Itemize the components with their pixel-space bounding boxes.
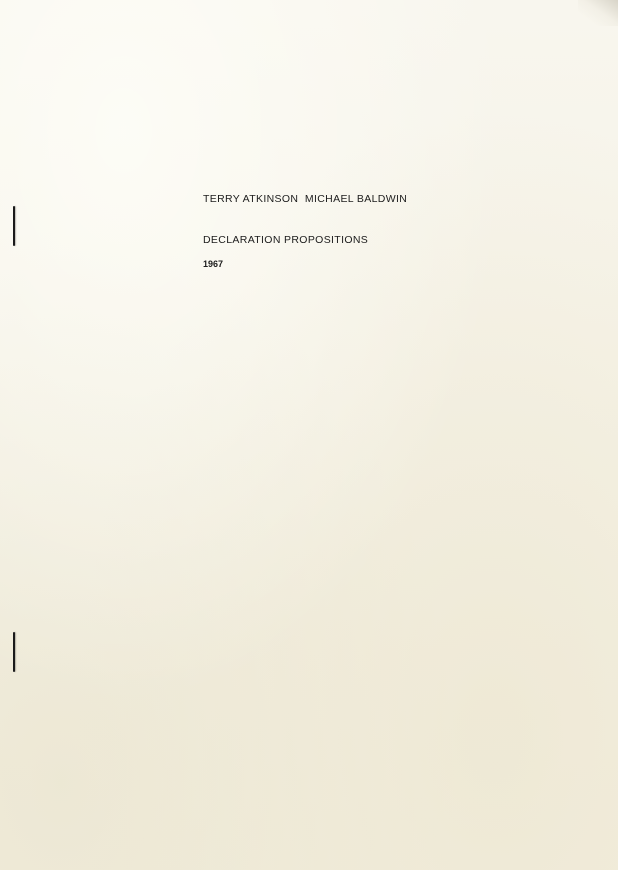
document-title: DECLARATION PROPOSITIONS — [203, 234, 368, 246]
staple-top — [13, 206, 15, 246]
page-corner-fold — [578, 0, 618, 26]
publication-year: 1967 — [203, 259, 223, 269]
document-cover-page: TERRY ATKINSON MICHAEL BALDWIN DECLARATI… — [0, 0, 618, 870]
staple-bottom — [13, 632, 15, 672]
authors-line: TERRY ATKINSON MICHAEL BALDWIN — [203, 193, 407, 205]
